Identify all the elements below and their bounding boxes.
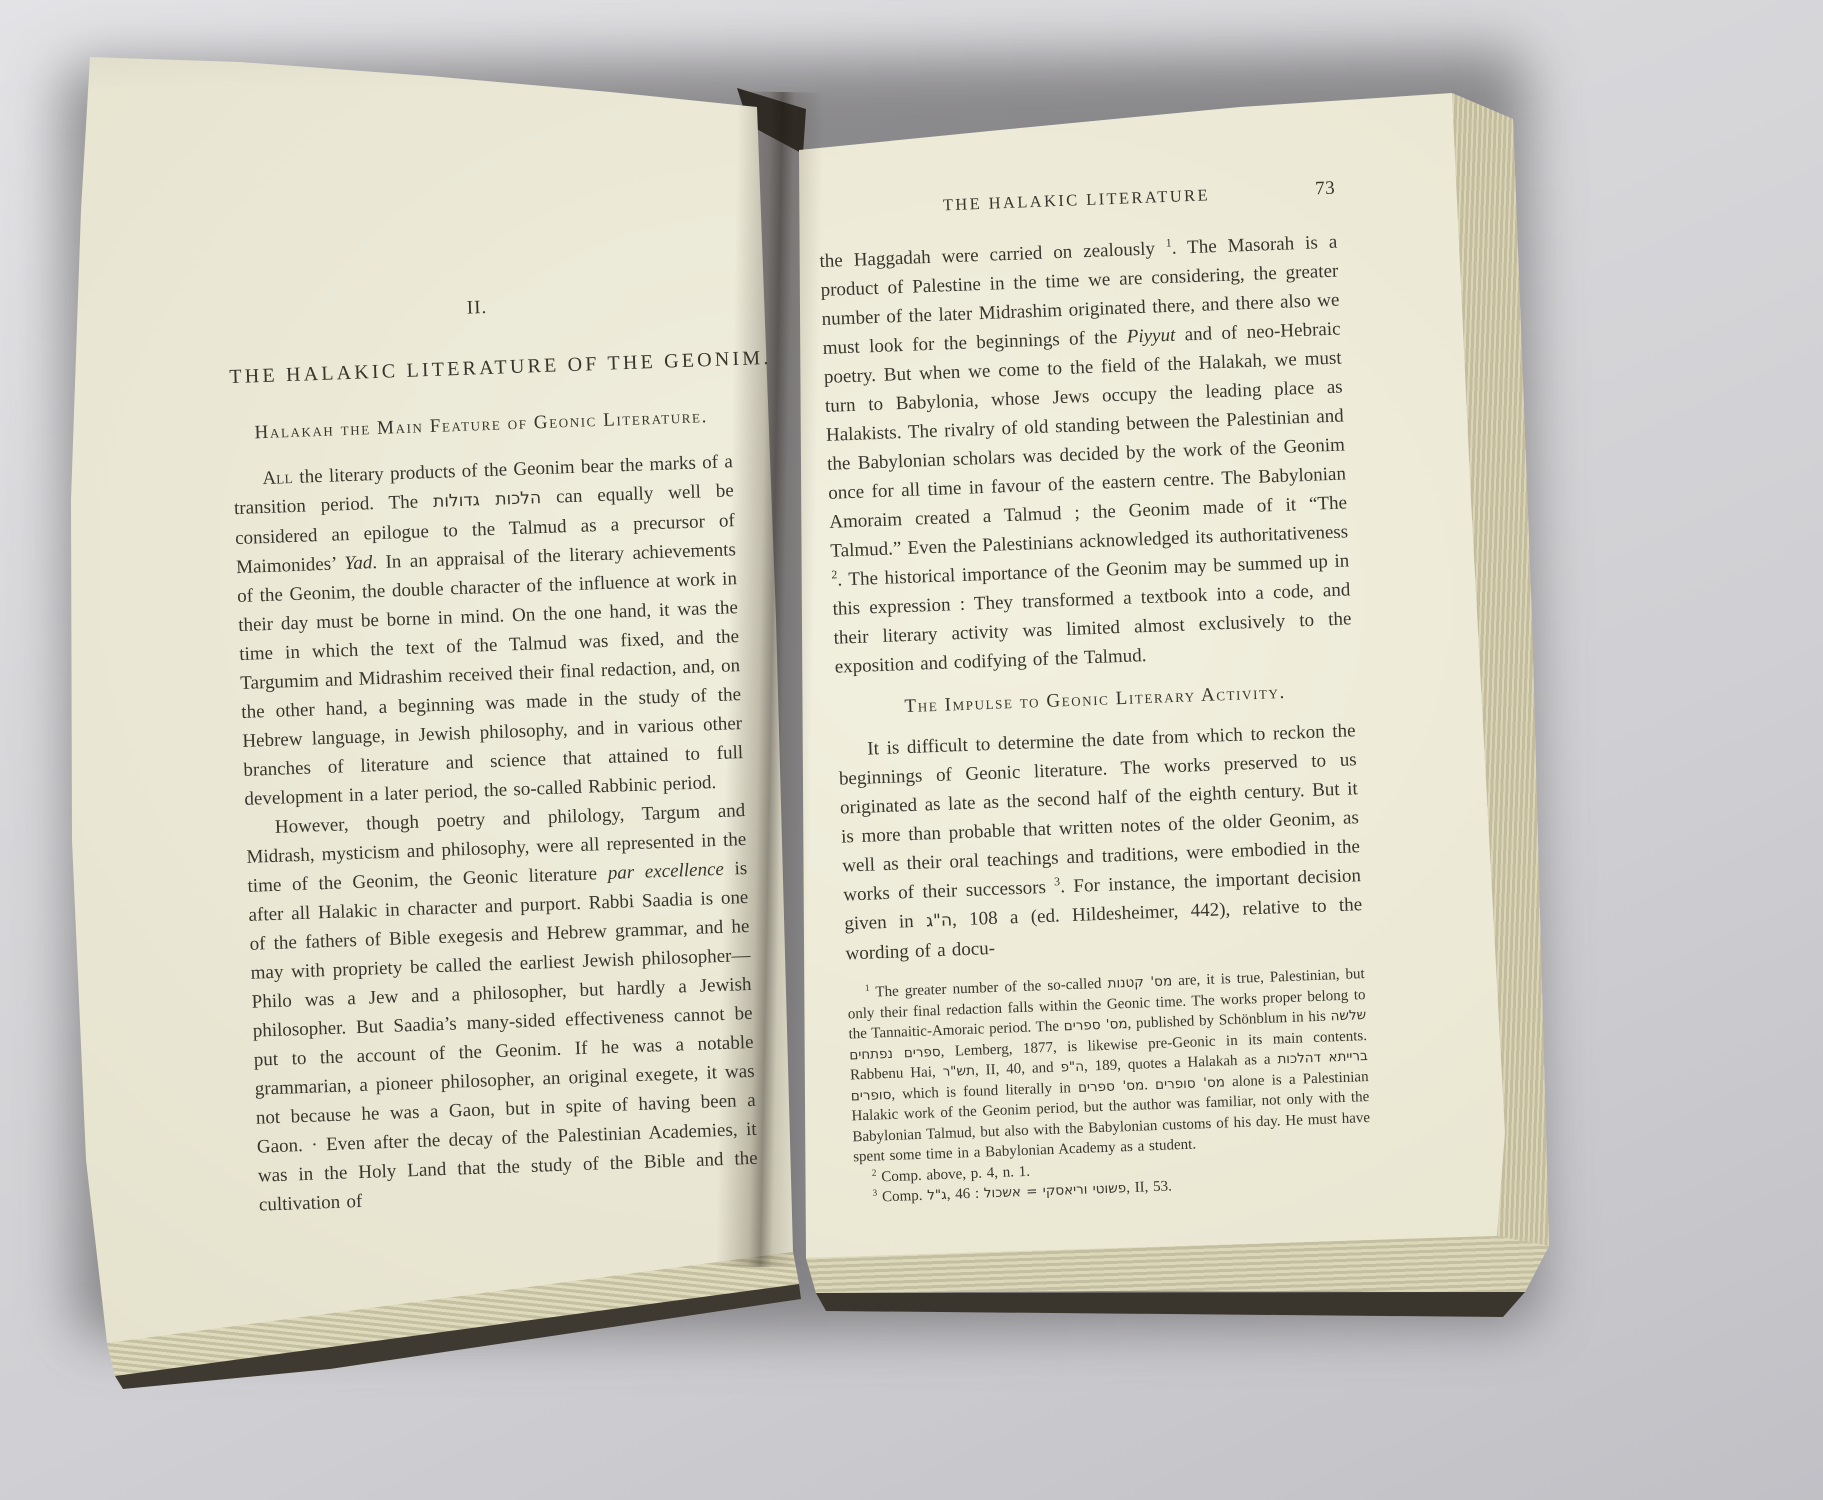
right-section-heading: The Impulse to Geonic Literary Activity.	[836, 679, 1354, 720]
left-section-heading: Halakah the Main Feature of Geonic Liter…	[231, 405, 731, 445]
right-paragraph-1: the Haggadah were carried on zealously 1…	[819, 228, 1353, 682]
footnote-1: 1 The greater number of the so-called מס…	[847, 964, 1372, 1168]
left-paragraph-2: However, though poetry and philology, Ta…	[245, 796, 759, 1220]
right-page-text: THE HALAKIC LITERATURE 73 the Haggadah w…	[817, 181, 1373, 1209]
page-number: 73	[1315, 178, 1336, 201]
chapter-title: THE HALAKIC LITERATURE OF THE GEONIM.	[229, 348, 730, 389]
left-paragraph-1: All the literary products of the Geonim …	[233, 447, 745, 814]
left-page-text: II. THE HALAKIC LITERATURE OF THE GEONIM…	[227, 288, 759, 1219]
book-photo: II. THE HALAKIC LITERATURE OF THE GEONIM…	[0, 0, 1823, 1500]
right-paragraph-2: It is difficult to determine the date fr…	[837, 716, 1363, 968]
footnotes: 1 The greater number of the so-called מס…	[847, 964, 1373, 1209]
